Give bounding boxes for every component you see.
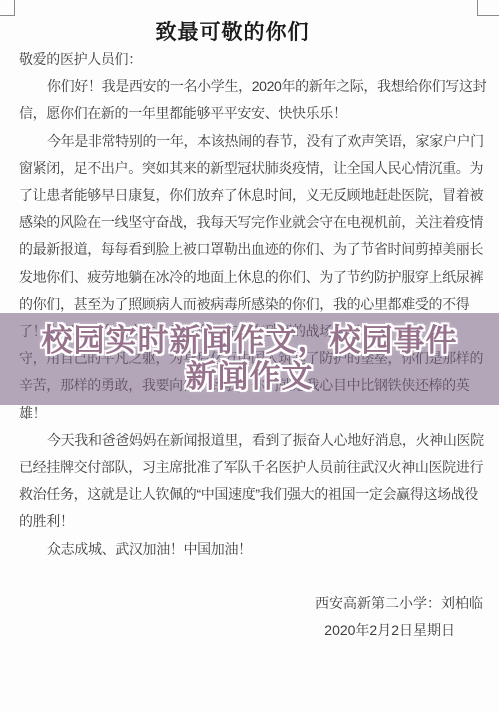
letter-line: 众志成城、武汉加油！中国加油！ <box>19 536 483 563</box>
letter-line: 的最新报道，每每看到脸上被口罩勒出血迹的你们、为了节省时间剪掉美丽长 <box>19 236 483 263</box>
page-title: 致最可敬的你们 <box>0 16 482 46</box>
watermark-band: 校园实时新闻作文，校园事件 新闻作文 <box>0 313 499 405</box>
watermark-text-line2: 新闻作文 <box>186 359 314 395</box>
letter-line: 救治任务，这就是让人钦佩的“中国速度”我们强大的祖国一定会赢得这场战役 <box>19 481 483 508</box>
letter-line: 发地你们、疲劳地躺在冰冷的地面上休息的你们、为了节约防护服穿上纸尿裤 <box>19 264 483 291</box>
date-line: 2020年2月2日星期日 <box>19 617 483 644</box>
letter-line: 感染的风险在一线坚守奋战，我每天写完作业就会守在电视机前，关注着疫情 <box>19 209 483 236</box>
signature: 西安高新第二小学：刘柏临 <box>19 590 483 617</box>
document-page: 致最可敬的你们 敬爱的医护人员们：你们好！我是西安的一名小学生，2020年的新年… <box>0 0 499 713</box>
letter-body: 敬爱的医护人员们：你们好！我是西安的一名小学生，2020年的新年之际，我想给你们… <box>19 46 483 563</box>
letter-line: 信，愿你们在新的一年里都能够平平安安、快快乐乐！ <box>19 100 483 127</box>
letter-line: 已经挂牌交付部队，习主席批准了军队千名医护人员前往武汉火神山医院进行 <box>19 454 483 481</box>
signature-block: 西安高新第二小学：刘柏临 2020年2月2日星期日 <box>19 590 483 644</box>
letter-line: 今天我和爸爸妈妈在新闻报道里，看到了振奋人心地好消息，火神山医院 <box>19 427 483 454</box>
letter-line: 敬爱的医护人员们： <box>19 46 483 73</box>
letter-line: 了让患者能够早日康复，你们放弃了休息时间，义无反顾地赶赴医院，冒着被 <box>19 182 483 209</box>
table-corner-mark-right <box>477 0 499 16</box>
watermark-text-line1: 校园实时新闻作文，校园事件 <box>42 323 458 359</box>
letter-line: 的胜利！ <box>19 508 483 535</box>
letter-line: 你们好！我是西安的一名小学生，2020年的新年之际，我想给你们写这封 <box>19 73 483 100</box>
letter-line: 窗紧闭，足不出户。突如其来的新型冠状肺炎疫情，让全国人民心情沉重。为 <box>19 155 483 182</box>
table-corner-mark-left <box>0 0 15 16</box>
letter-line: 今年是非常特别的一年，本该热闹的春节，没有了欢声笑语，家家户户门 <box>19 128 483 155</box>
